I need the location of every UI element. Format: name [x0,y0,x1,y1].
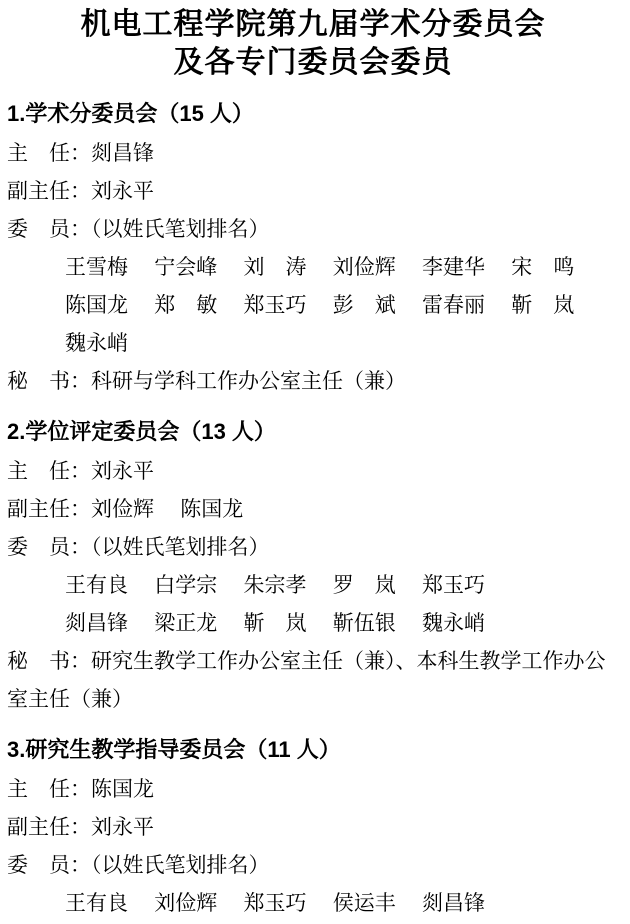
section-heading: 2.学位评定委员会（13 人） [7,412,619,452]
vice-chair-label: 副主任： [7,179,91,203]
members-note: （以姓氏笔划排名） [91,217,270,241]
chair-label: 主 任： [7,459,91,483]
vice-chair-line: 副主任：刘永平 [7,808,619,846]
secretary-line: 秘 书：研究生教学工作办公室主任（兼）、本科生教学工作办公室主任（兼） [7,642,619,718]
vice-chair-value: 刘永平 [91,815,154,839]
section-heading: 1.学术分委员会（15 人） [7,94,619,134]
chair-value: 剡昌锋 [91,141,154,165]
section-academic-subcommittee: 1.学术分委员会（15 人） 主 任：剡昌锋 副主任：刘永平 委 员：（以姓氏笔… [7,94,619,400]
secretary-value: 研究生教学工作办公室主任（兼）、本科生教学工作办公室主任（兼） [7,649,606,711]
members-line: 委 员：（以姓氏笔划排名） [7,210,619,248]
members-label: 委 员： [7,535,91,559]
member-row: 陈国龙 郑 敏 郑玉巧 彭 斌 雷春丽 靳 岚 [7,286,619,324]
vice-chair-label: 副主任： [7,497,91,521]
secretary-value: 科研与学科工作办公室主任（兼） [91,369,406,393]
vice-chair-line: 副主任：刘永平 [7,172,619,210]
vice-chair-value: 刘永平 [91,179,154,203]
secretary-label: 秘 书： [7,649,91,673]
member-row: 魏永峭 [7,324,619,362]
document-title-line2: 及各专门委员会委员 [7,44,619,82]
chair-line: 主 任：陈国龙 [7,770,619,808]
section-heading: 3.研究生教学指导委员会（11 人） [7,730,619,770]
chair-line: 主 任：剡昌锋 [7,134,619,172]
chair-label: 主 任： [7,777,91,801]
chair-value: 陈国龙 [91,777,154,801]
members-label: 委 员： [7,217,91,241]
chair-label: 主 任： [7,141,91,165]
chair-line: 主 任：刘永平 [7,452,619,490]
member-row: 王有良 白学宗 朱宗孝 罗 岚 郑玉巧 [7,566,619,604]
document-page: 机电工程学院第九届学术分委员会 及各专门委员会委员 1.学术分委员会（15 人）… [0,0,630,924]
members-note: （以姓氏笔划排名） [91,535,270,559]
secretary-label: 秘 书： [7,369,91,393]
vice-chair-value: 刘俭辉 陈国龙 [91,497,243,521]
section-degree-committee: 2.学位评定委员会（13 人） 主 任：刘永平 副主任：刘俭辉 陈国龙 委 员：… [7,412,619,718]
members-note: （以姓氏笔划排名） [91,853,270,877]
members-line: 委 员：（以姓氏笔划排名） [7,528,619,566]
vice-chair-line: 副主任：刘俭辉 陈国龙 [7,490,619,528]
chair-value: 刘永平 [91,459,154,483]
member-row: 王有良 刘俭辉 郑玉巧 侯运丰 剡昌锋 [7,884,619,922]
secretary-line: 秘 书：科研与学科工作办公室主任（兼） [7,362,619,400]
document-title-line1: 机电工程学院第九届学术分委员会 [7,6,619,44]
members-label: 委 员： [7,853,91,877]
vice-chair-label: 副主任： [7,815,91,839]
section-graduate-teaching-committee: 3.研究生教学指导委员会（11 人） 主 任：陈国龙 副主任：刘永平 委 员：（… [7,730,619,922]
members-line: 委 员：（以姓氏笔划排名） [7,846,619,884]
member-row: 王雪梅 宁会峰 刘 涛 刘俭辉 李建华 宋 鸣 [7,248,619,286]
member-row: 剡昌锋 梁正龙 靳 岚 靳伍银 魏永峭 [7,604,619,642]
